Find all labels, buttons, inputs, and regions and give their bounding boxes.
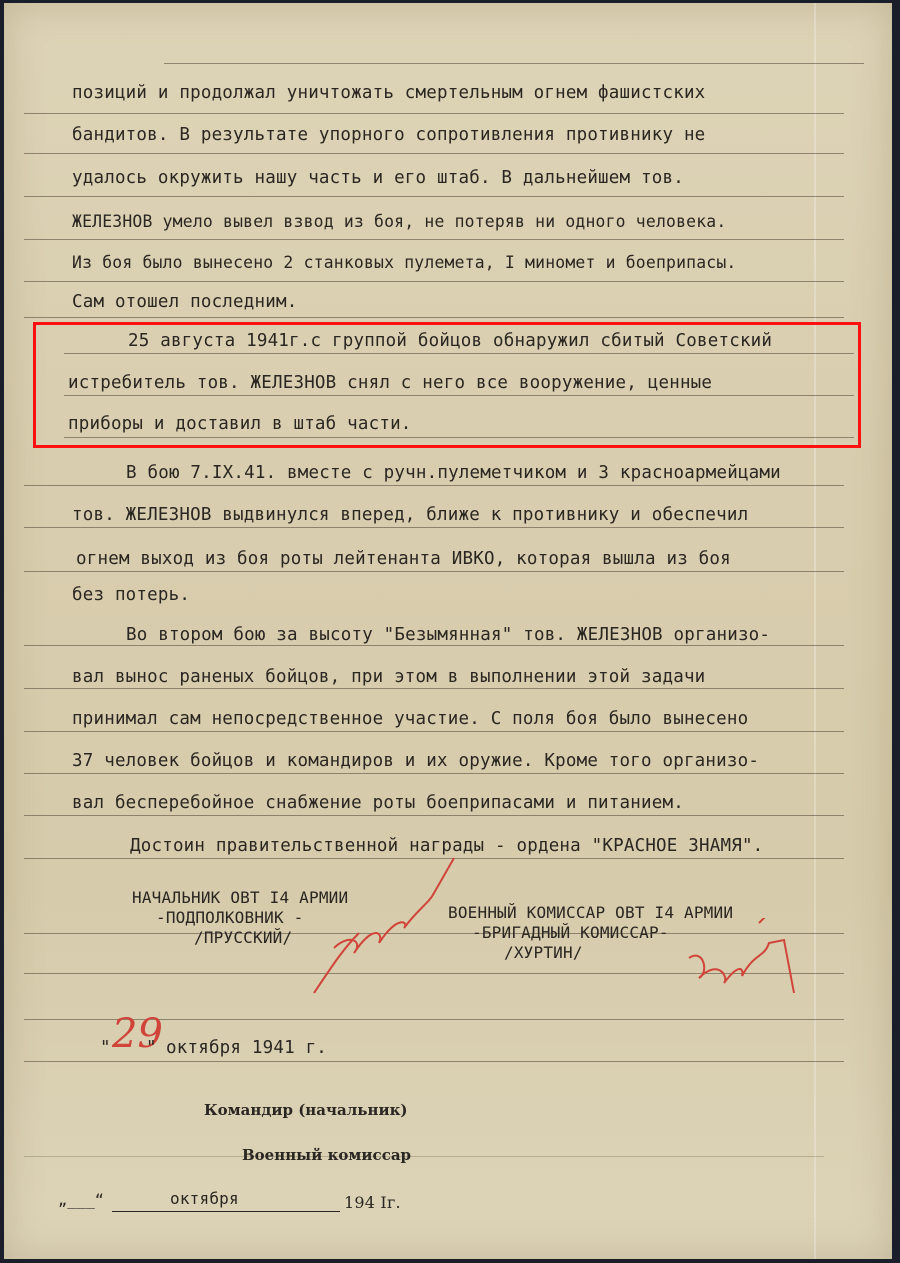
date-open-quote: "	[100, 1038, 111, 1058]
ruled-line	[24, 571, 844, 572]
date-month-year: октября 1941 г.	[166, 1038, 327, 1058]
form-date-month: октября	[170, 1189, 239, 1208]
date-close-quote: "	[146, 1038, 157, 1058]
body-line: вал вынос раненых бойцов, при этом в вып…	[72, 667, 705, 687]
ruled-line	[24, 645, 844, 646]
ruled-line	[24, 485, 844, 486]
ruled-line	[24, 731, 844, 732]
ruled-line	[24, 688, 844, 689]
body-line: 37 человек бойцов и командиров и их оруж…	[72, 751, 759, 771]
commissar-label: Военный комиссар	[242, 1146, 411, 1164]
body-line: позиций и продолжал уничтожать смертельн…	[72, 83, 705, 103]
paper-fold	[814, 3, 816, 1259]
form-date-underline	[112, 1211, 340, 1212]
body-line: удалось окружить нашу часть и его штаб. …	[72, 168, 684, 188]
ruled-line	[164, 63, 864, 64]
right-signature-icon	[684, 918, 804, 998]
signatory-right-name: /ХУРТИН/	[504, 943, 583, 962]
signatory-left-rank: -ПОДПОЛКОВНИК -	[156, 908, 304, 927]
ruled-line	[24, 113, 844, 114]
ruled-line	[24, 239, 844, 240]
signatory-right-rank: -БРИГАДНЫЙ КОМИССАР-	[472, 923, 669, 942]
left-signature-icon	[304, 853, 464, 1003]
commander-label: Командир (начальник)	[204, 1101, 408, 1119]
body-line: В бою 7.IX.41. вместе с ручн.пулеметчико…	[126, 463, 781, 483]
ruled-line	[24, 773, 844, 774]
body-line: огнем выход из боя роты лейтенанта ИВКО,…	[76, 549, 731, 569]
ruled-line	[24, 196, 844, 197]
signatory-left-name: /ПРУССКИЙ/	[194, 928, 292, 947]
body-line: ЖЕЛЕЗНОВ умело вывел взвод из боя, не по…	[72, 212, 726, 231]
ruled-line	[24, 153, 844, 154]
body-line: бандитов. В результате упорного сопротив…	[72, 125, 705, 145]
body-line: вал бесперебойное снабжение роты боеприп…	[72, 793, 684, 813]
ruled-line	[24, 281, 844, 282]
body-line: принимал сам непосредственное участие. С…	[72, 709, 748, 729]
body-line: Сам отошел последним.	[72, 292, 297, 312]
ruled-line	[24, 1061, 844, 1062]
ruled-line	[24, 1156, 824, 1157]
body-line: без потерь.	[72, 585, 190, 605]
highlight-box	[33, 322, 861, 448]
body-line: Из боя было вынесено 2 станковых пулемет…	[72, 253, 737, 272]
ruled-line	[24, 815, 844, 816]
document-page: позиций и продолжал уничтожать смертельн…	[4, 3, 892, 1259]
form-date-prefix: „___“	[58, 1191, 104, 1209]
body-line: Во втором бою за высоту "Безымянная" тов…	[126, 625, 770, 645]
ruled-line	[24, 317, 844, 318]
ruled-line	[24, 527, 844, 528]
body-line: тов. ЖЕЛЕЗНОВ выдвинулся вперед, ближе к…	[72, 505, 748, 525]
form-date-year: 194 Iг.	[344, 1193, 401, 1212]
